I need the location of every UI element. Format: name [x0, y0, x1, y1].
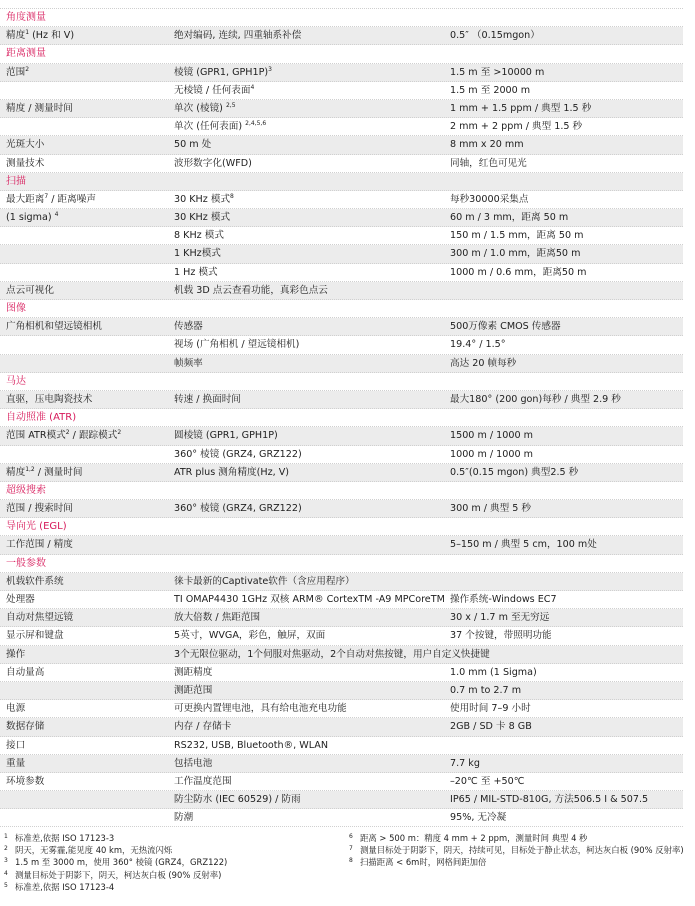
spec-label: 广角相机和望远镜相机	[0, 318, 170, 335]
footnote-text: 测量目标处于阴影下，阴天，持续可见，目标处于静止状态，柯达灰白板 (90% 反射…	[360, 844, 690, 856]
value-text: 操作系统-Windows EC7	[450, 594, 557, 605]
spec-value: 1.5 m 至 >10000 m	[446, 64, 683, 81]
value-text: 1500 m / 1000 m	[450, 430, 533, 441]
section-header-row: 一般参数	[0, 555, 683, 573]
spec-label: 精度1,2 / 测量时间	[0, 464, 170, 481]
value-text: 150 m / 1.5 mm，距离 50 m	[450, 230, 583, 241]
item-text: 30 KHz 模式	[174, 212, 230, 223]
spec-label: 直驱，压电陶瓷技术	[0, 391, 170, 408]
spec-label	[0, 227, 170, 244]
section-header-row: 马达	[0, 373, 683, 391]
item-text: 转速 / 换面时间	[174, 394, 241, 405]
spec-label: 机载软件系统	[0, 573, 170, 590]
spec-row: 接口RS232, USB, Bluetooth®, WLAN	[0, 737, 683, 755]
label-text: 环境参数	[6, 776, 44, 787]
label-text: 接口	[6, 740, 25, 751]
spec-item: 1 Hz 模式	[170, 264, 446, 281]
spec-label: 电源	[0, 700, 170, 717]
footnote-text: 距离 > 500 m：精度 4 mm + 2 ppm，测量时间 典型 4 秒	[360, 832, 690, 844]
label-text: 重量	[6, 758, 25, 769]
spec-row: 测距范围0.7 m to 2.7 m	[0, 682, 683, 700]
spec-item: 徕卡最新的Captivate软件（含应用程序）	[170, 573, 446, 590]
spec-item: 圆棱镜 (GPR1, GPH1P)	[170, 427, 446, 444]
spec-value: 37 个按键，带照明功能	[446, 627, 683, 644]
spec-row: 工作范围 / 精度5–150 m / 典型 5 cm，100 m处	[0, 536, 683, 554]
spec-row: 360° 棱镜 (GRZ4, GRZ122)1000 m / 1000 m	[0, 446, 683, 464]
spec-row: 测量技术波形数字化(WFD)同轴，红色可见光	[0, 155, 683, 173]
item-text: 测距范围	[174, 685, 212, 696]
value-text: 1 mm + 1.5 ppm / 典型 1.5 秒	[450, 103, 591, 114]
label-text: / 距离噪声	[48, 194, 96, 205]
section-title: 导向光 (EGL)	[0, 518, 170, 535]
spec-row: 1 Hz 模式1000 m / 0.6 mm，距离50 m	[0, 264, 683, 282]
footnote-ref: 4	[251, 84, 255, 91]
item-text: 波形数字化(WFD)	[174, 158, 252, 169]
section-title: 距离测量	[0, 45, 170, 62]
spec-row: 防潮95%, 无冷凝	[0, 809, 683, 827]
label-text: 最大距离	[6, 194, 44, 205]
spec-row: 数据存储内存 / 存储卡2GB / SD 卡 8 GB	[0, 718, 683, 736]
spec-row: 视场 (广角相机 / 望远镜相机)19.4° / 1.5°	[0, 336, 683, 354]
footnote: 4测量目标处于阴影下，阴天，柯达灰白板 (90% 反射率)	[4, 869, 345, 881]
spec-row: 单次 (任何表面) 2,4,5,62 mm + 2 ppm / 典型 1.5 秒	[0, 118, 683, 136]
spec-item: 转速 / 换面时间	[170, 391, 446, 408]
spec-value: 2GB / SD 卡 8 GB	[446, 718, 683, 735]
spec-label: 精度1 (Hz 和 V)	[0, 27, 170, 44]
spec-value: 0.5″ （0.15mgon）	[446, 27, 683, 44]
item-text: 防尘防水 (IEC 60529) / 防雨	[174, 794, 301, 805]
value-text: 7.7 kg	[450, 758, 480, 769]
section-title: 自动照准 (ATR)	[0, 409, 170, 426]
item-text: 绝对编码, 连续, 四重轴系补偿	[174, 30, 301, 41]
label-text: 操作	[6, 649, 25, 660]
spec-value: 19.4° / 1.5°	[446, 336, 683, 353]
spec-item: 机载 3D 点云查看功能，真彩色点云	[170, 282, 446, 299]
footnote-ref: 3	[268, 66, 272, 73]
spec-row: 环境参数工作温度范围–20℃ 至 +50℃	[0, 773, 683, 791]
spec-value: 1000 m / 0.6 mm，距离50 m	[446, 264, 683, 281]
spec-row: 无棱镜 / 任何表面41.5 m 至 2000 m	[0, 82, 683, 100]
spec-row: 机载软件系统徕卡最新的Captivate软件（含应用程序）	[0, 573, 683, 591]
spec-value: 500万像素 CMOS 传感器	[446, 318, 683, 335]
label-text: 超级搜索	[6, 485, 46, 496]
value-text: 最大180° (200 gon)每秒 / 典型 2.9 秒	[450, 394, 621, 405]
spec-row: (1 sigma) 430 KHz 模式60 m / 3 mm，距离 50 m	[0, 209, 683, 227]
item-text: 360° 棱镜 (GRZ4, GRZ122)	[174, 503, 302, 514]
spec-row: 8 KHz 模式150 m / 1.5 mm，距离 50 m	[0, 227, 683, 245]
spec-value: 高达 20 帧每秒	[446, 355, 683, 372]
spec-label: 自动对焦望远镜	[0, 609, 170, 626]
spec-label: 测量技术	[0, 155, 170, 172]
footnote-ref: 2,5	[226, 102, 236, 109]
value-text: 95%, 无冷凝	[450, 812, 506, 823]
footnote-number: 5	[4, 881, 15, 893]
spec-value: 8 mm x 20 mm	[446, 136, 683, 153]
spec-row: 最大距离7 / 距离噪声30 KHz 模式8每秒30000采集点	[0, 191, 683, 209]
item-text: 1 Hz 模式	[174, 267, 218, 278]
item-text: 测距精度	[174, 667, 212, 678]
spec-value: 使用时间 7–9 小时	[446, 700, 683, 717]
footnote: 7测量目标处于阴影下，阴天，持续可见，目标处于静止状态，柯达灰白板 (90% 反…	[349, 844, 690, 856]
footnote-text: 1.5 m 至 3000 m，使用 360° 棱镜 (GRZ4，GRZ122)	[15, 856, 345, 868]
spec-value: 60 m / 3 mm，距离 50 m	[446, 209, 683, 226]
spec-row: 广角相机和望远镜相机传感器500万像素 CMOS 传感器	[0, 318, 683, 336]
spec-value	[446, 737, 683, 754]
spec-item: 1 KHz模式	[170, 245, 446, 262]
value-text: 高达 20 帧每秒	[450, 358, 516, 369]
value-text: 2GB / SD 卡 8 GB	[450, 721, 532, 732]
spec-item	[170, 536, 446, 553]
spec-item: 视场 (广角相机 / 望远镜相机)	[170, 336, 446, 353]
footnote-number: 1	[4, 832, 15, 844]
section-header-row: 距离测量	[0, 45, 683, 63]
spec-value: 150 m / 1.5 mm，距离 50 m	[446, 227, 683, 244]
label-text: 自动照准 (ATR)	[6, 412, 76, 423]
footnote-text: 测量目标处于阴影下，阴天，柯达灰白板 (90% 反射率)	[15, 869, 345, 881]
section-title: 扫描	[0, 173, 170, 190]
footnote-text: 阴天，无雾霾,能见度 40 km，无热流闪烁	[15, 844, 345, 856]
footnote-number: 7	[349, 844, 360, 856]
label-text: 一般参数	[6, 558, 46, 569]
item-text: 圆棱镜 (GPR1, GPH1P)	[174, 430, 278, 441]
footnote: 2阴天，无雾霾,能见度 40 km，无热流闪烁	[4, 844, 345, 856]
spec-item: 360° 棱镜 (GRZ4, GRZ122)	[170, 446, 446, 463]
spec-row: 点云可视化机载 3D 点云查看功能，真彩色点云	[0, 282, 683, 300]
spec-value: 每秒30000采集点	[446, 191, 683, 208]
label-text: 数据存储	[6, 721, 44, 732]
spec-item: 30 KHz 模式	[170, 209, 446, 226]
spec-label: 显示屏和键盘	[0, 627, 170, 644]
spec-row: 帧频率高达 20 帧每秒	[0, 355, 683, 373]
item-text: 单次 (棱镜)	[174, 103, 226, 114]
footnote-number: 4	[4, 869, 15, 881]
label-text: 自动量高	[6, 667, 44, 678]
spec-label: 接口	[0, 737, 170, 754]
label-text: 电源	[6, 703, 25, 714]
section-header-row: 超级搜索	[0, 482, 683, 500]
spec-label: 自动量高	[0, 664, 170, 681]
item-text: 360° 棱镜 (GRZ4, GRZ122)	[174, 449, 302, 460]
spec-label: 点云可视化	[0, 282, 170, 299]
spec-row: 直驱，压电陶瓷技术转速 / 换面时间最大180° (200 gon)每秒 / 典…	[0, 391, 683, 409]
label-text: (1 sigma)	[6, 212, 55, 223]
footnotes-right: 6距离 > 500 m：精度 4 mm + 2 ppm，测量时间 典型 4 秒7…	[345, 832, 690, 893]
value-text: 使用时间 7–9 小时	[450, 703, 531, 714]
item-text: RS232, USB, Bluetooth®, WLAN	[174, 740, 328, 751]
section-title: 角度测量	[0, 9, 170, 26]
footnote-text: 扫描距离 < 6m时，网格间距加倍	[360, 856, 690, 868]
spec-label: 工作范围 / 精度	[0, 536, 170, 553]
item-text: 传感器	[174, 321, 203, 332]
spec-item: 传感器	[170, 318, 446, 335]
label-text: (Hz 和 V)	[29, 30, 74, 41]
footnote-text: 标准差,依据 ISO 17123-3	[15, 832, 345, 844]
item-text: 视场 (广角相机 / 望远镜相机)	[174, 339, 299, 350]
footnote-ref: 2	[117, 429, 121, 436]
section-header-row: 扫描	[0, 173, 683, 191]
value-text: 1000 m / 0.6 mm，距离50 m	[450, 267, 587, 278]
value-text: 同轴，红色可见光	[450, 158, 527, 169]
footnote-number: 8	[349, 856, 360, 868]
label-text: 自动对焦望远镜	[6, 612, 73, 623]
spec-item: 360° 棱镜 (GRZ4, GRZ122)	[170, 500, 446, 517]
spec-item: 8 KHz 模式	[170, 227, 446, 244]
item-text: 无棱镜 / 任何表面	[174, 85, 251, 96]
spec-value: 1000 m / 1000 m	[446, 446, 683, 463]
label-text: 精度 / 测量时间	[6, 103, 73, 114]
value-text: 8 mm x 20 mm	[450, 139, 524, 150]
spec-row: 范围 ATR模式2 / 跟踪模式2圆棱镜 (GPR1, GPH1P)1500 m…	[0, 427, 683, 445]
spec-value: 最大180° (200 gon)每秒 / 典型 2.9 秒	[446, 391, 683, 408]
spec-label	[0, 264, 170, 281]
label-text: / 跟踪模式	[70, 430, 118, 441]
spec-label	[0, 809, 170, 826]
value-text: 37 个按键，带照明功能	[450, 630, 552, 641]
spec-row: 显示屏和键盘5英寸，WVGA，彩色，触屏，双面37 个按键，带照明功能	[0, 627, 683, 645]
spec-item: 包括电池	[170, 755, 446, 772]
footnote-number: 6	[349, 832, 360, 844]
value-text: 3个无限位驱动，1个伺服对焦驱动，2个自动对焦按键，用户自定义快捷键	[174, 649, 490, 660]
item-text: 单次 (任何表面)	[174, 121, 245, 132]
spec-label	[0, 245, 170, 262]
label-text: 广角相机和望远镜相机	[6, 321, 102, 332]
spec-label: 范围 ATR模式2 / 跟踪模式2	[0, 427, 170, 444]
item-text: 棱镜 (GPR1, GPH1P)	[174, 67, 268, 78]
label-text: 距离测量	[6, 48, 46, 59]
value-text: IP65 / MIL-STD-810G, 方法506.5 I & 507.5	[450, 794, 648, 805]
spec-item: 测距范围	[170, 682, 446, 699]
value-text: 0.5″ （0.15mgon）	[450, 30, 540, 41]
spec-item: 绝对编码, 连续, 四重轴系补偿	[170, 27, 446, 44]
label-text: 精度	[6, 467, 25, 478]
item-text: 徕卡最新的Captivate软件（含应用程序）	[174, 576, 355, 587]
footnote-ref: 4	[55, 211, 59, 218]
spec-value: 300 m / 典型 5 秒	[446, 500, 683, 517]
label-text: 处理器	[6, 594, 35, 605]
value-text: 1.5 m 至 >10000 m	[450, 67, 544, 78]
section-header-row: 自动照准 (ATR)	[0, 409, 683, 427]
footnote-text: 标准差,依据 ISO 17123-4	[15, 881, 345, 893]
spec-item: 防潮	[170, 809, 446, 826]
spec-label: 范围 / 搜索时间	[0, 500, 170, 517]
spec-value: 1500 m / 1000 m	[446, 427, 683, 444]
item-text: 包括电池	[174, 758, 212, 769]
spec-label	[0, 682, 170, 699]
spec-row: 精度1,2 / 测量时间ATR plus 测角精度(Hz, V)0.5″(0.1…	[0, 464, 683, 482]
spec-item: 测距精度	[170, 664, 446, 681]
spec-value	[446, 573, 683, 590]
footnote-ref: 2,4,5,6	[245, 120, 266, 127]
value-text: 300 m / 典型 5 秒	[450, 503, 531, 514]
item-text: 工作温度范围	[174, 776, 232, 787]
spec-item: 放大倍数 / 焦距范围	[170, 609, 446, 626]
footnote: 1标准差,依据 ISO 17123-3	[4, 832, 345, 844]
value-text: 30 x / 1.7 m 至无穷远	[450, 612, 549, 623]
spec-item: 内存 / 存储卡	[170, 718, 446, 735]
spec-table: 角度测量精度1 (Hz 和 V)绝对编码, 连续, 四重轴系补偿0.5″ （0.…	[0, 8, 683, 827]
spec-row: 防尘防水 (IEC 60529) / 防雨IP65 / MIL-STD-810G…	[0, 791, 683, 809]
spec-label	[0, 446, 170, 463]
spec-value: –20℃ 至 +50℃	[446, 773, 683, 790]
spec-row: 范围 / 搜索时间360° 棱镜 (GRZ4, GRZ122)300 m / 典…	[0, 500, 683, 518]
section-title: 图像	[0, 300, 170, 317]
item-text: 帧频率	[174, 358, 203, 369]
footnote: 31.5 m 至 3000 m，使用 360° 棱镜 (GRZ4，GRZ122)	[4, 856, 345, 868]
spec-item: 工作温度范围	[170, 773, 446, 790]
spec-item: 帧频率	[170, 355, 446, 372]
section-header-row: 导向光 (EGL)	[0, 518, 683, 536]
item-text: 50 m 处	[174, 139, 211, 150]
spec-item: 无棱镜 / 任何表面4	[170, 82, 446, 99]
value-text: 1.0 mm (1 Sigma)	[450, 667, 537, 678]
value-text: 0.5″(0.15 mgon) 典型2.5 秒	[450, 467, 578, 478]
item-text: 5英寸，WVGA，彩色，触屏，双面	[174, 630, 325, 641]
footnotes: 1标准差,依据 ISO 17123-32阴天，无雾霾,能见度 40 km，无热流…	[0, 832, 695, 893]
label-text: 机载软件系统	[6, 576, 64, 587]
spec-value: 95%, 无冷凝	[446, 809, 683, 826]
value-text: 0.7 m to 2.7 m	[450, 685, 521, 696]
spec-row: 重量包括电池7.7 kg	[0, 755, 683, 773]
spec-row: 自动量高测距精度1.0 mm (1 Sigma)	[0, 664, 683, 682]
section-title: 一般参数	[0, 555, 170, 572]
spec-label: (1 sigma) 4	[0, 209, 170, 226]
spec-item: 单次 (任何表面) 2,4,5,6	[170, 118, 446, 135]
spec-value: 3个无限位驱动，1个伺服对焦驱动，2个自动对焦按键，用户自定义快捷键	[170, 646, 683, 663]
footnote: 8扫描距离 < 6m时，网格间距加倍	[349, 856, 690, 868]
label-text: / 测量时间	[35, 467, 83, 478]
spec-item: 单次 (棱镜) 2,5	[170, 100, 446, 117]
spec-item: 50 m 处	[170, 136, 446, 153]
footnote-ref: 1,2	[25, 466, 35, 473]
spec-value: 300 m / 1.0 mm，距离50 m	[446, 245, 683, 262]
value-text: –20℃ 至 +50℃	[450, 776, 525, 787]
item-text: 防潮	[174, 812, 193, 823]
spec-label: 重量	[0, 755, 170, 772]
spec-row: 精度 / 测量时间单次 (棱镜) 2,51 mm + 1.5 ppm / 典型 …	[0, 100, 683, 118]
footnote: 6距离 > 500 m：精度 4 mm + 2 ppm，测量时间 典型 4 秒	[349, 832, 690, 844]
footnote-number: 2	[4, 844, 15, 856]
label-text: 显示屏和键盘	[6, 630, 64, 641]
value-text: 60 m / 3 mm，距离 50 m	[450, 212, 568, 223]
spec-label	[0, 336, 170, 353]
spec-row: 光斑大小50 m 处8 mm x 20 mm	[0, 136, 683, 154]
spec-value: 1.5 m 至 2000 m	[446, 82, 683, 99]
spec-row: 自动对焦望远镜放大倍数 / 焦距范围30 x / 1.7 m 至无穷远	[0, 609, 683, 627]
footnote-ref: 8	[230, 193, 234, 200]
spec-row: 范围2棱镜 (GPR1, GPH1P)31.5 m 至 >10000 m	[0, 64, 683, 82]
spec-item: TI OMAP4430 1GHz 双核 ARM® CortexTM -A9 MP…	[170, 591, 446, 608]
spec-label	[0, 82, 170, 99]
spec-item: 5英寸，WVGA，彩色，触屏，双面	[170, 627, 446, 644]
spec-value: 0.7 m to 2.7 m	[446, 682, 683, 699]
item-text: 放大倍数 / 焦距范围	[174, 612, 260, 623]
spec-label	[0, 355, 170, 372]
spec-value: 30 x / 1.7 m 至无穷远	[446, 609, 683, 626]
value-text: 1.5 m 至 2000 m	[450, 85, 530, 96]
item-text: 1 KHz模式	[174, 248, 221, 259]
value-text: 5–150 m / 典型 5 cm，100 m处	[450, 539, 597, 550]
spec-value: 0.5″(0.15 mgon) 典型2.5 秒	[446, 464, 683, 481]
value-text: 每秒30000采集点	[450, 194, 529, 205]
value-text: 500万像素 CMOS 传感器	[450, 321, 561, 332]
label-text: 测量技术	[6, 158, 44, 169]
spec-item: RS232, USB, Bluetooth®, WLAN	[170, 737, 446, 754]
label-text: 马达	[6, 376, 26, 387]
footnote-ref: 2	[25, 66, 29, 73]
spec-item: 波形数字化(WFD)	[170, 155, 446, 172]
spec-value: IP65 / MIL-STD-810G, 方法506.5 I & 507.5	[446, 791, 683, 808]
item-text: ATR plus 测角精度(Hz, V)	[174, 467, 289, 478]
spec-value: 同轴，红色可见光	[446, 155, 683, 172]
spec-item: 棱镜 (GPR1, GPH1P)3	[170, 64, 446, 81]
spec-value: 1.0 mm (1 Sigma)	[446, 664, 683, 681]
spec-row: 操作3个无限位驱动，1个伺服对焦驱动，2个自动对焦按键，用户自定义快捷键	[0, 646, 683, 664]
item-text: 8 KHz 模式	[174, 230, 224, 241]
section-header-row: 角度测量	[0, 9, 683, 27]
spec-label: 精度 / 测量时间	[0, 100, 170, 117]
label-text: 图像	[6, 303, 26, 314]
spec-row: 处理器TI OMAP4430 1GHz 双核 ARM® CortexTM -A9…	[0, 591, 683, 609]
value-text: 300 m / 1.0 mm，距离50 m	[450, 248, 580, 259]
spec-label: 操作	[0, 646, 170, 663]
value-text: 19.4° / 1.5°	[450, 339, 506, 350]
label-text: 直驱，压电陶瓷技术	[6, 394, 92, 405]
spec-label	[0, 118, 170, 135]
spec-item: 防尘防水 (IEC 60529) / 防雨	[170, 791, 446, 808]
spec-label: 范围2	[0, 64, 170, 81]
label-text: 范围 ATR模式	[6, 430, 66, 441]
label-text: 范围	[6, 67, 25, 78]
label-text: 导向光 (EGL)	[6, 521, 67, 532]
spec-item: 可更换内置锂电池，具有给电池充电功能	[170, 700, 446, 717]
footnote: 5标准差,依据 ISO 17123-4	[4, 881, 345, 893]
item-text: 30 KHz 模式	[174, 194, 230, 205]
label-text: 扫描	[6, 176, 26, 187]
value-text: 2 mm + 2 ppm / 典型 1.5 秒	[450, 121, 582, 132]
spec-value: 1 mm + 1.5 ppm / 典型 1.5 秒	[446, 100, 683, 117]
label-text: 角度测量	[6, 12, 46, 23]
item-text: TI OMAP4430 1GHz 双核 ARM® CortexTM -A9 MP…	[174, 594, 445, 605]
spec-value: 7.7 kg	[446, 755, 683, 772]
spec-value: 2 mm + 2 ppm / 典型 1.5 秒	[446, 118, 683, 135]
label-text: 光斑大小	[6, 139, 44, 150]
spec-value	[446, 282, 683, 299]
spec-value: 操作系统-Windows EC7	[446, 591, 683, 608]
spec-label: 数据存储	[0, 718, 170, 735]
spec-row: 1 KHz模式300 m / 1.0 mm，距离50 m	[0, 245, 683, 263]
section-title: 超级搜索	[0, 482, 170, 499]
section-title: 马达	[0, 373, 170, 390]
spec-value: 5–150 m / 典型 5 cm，100 m处	[446, 536, 683, 553]
spec-label: 环境参数	[0, 773, 170, 790]
spec-row: 电源可更换内置锂电池，具有给电池充电功能使用时间 7–9 小时	[0, 700, 683, 718]
spec-label: 最大距离7 / 距离噪声	[0, 191, 170, 208]
label-text: 点云可视化	[6, 285, 54, 296]
item-text: 机载 3D 点云查看功能，真彩色点云	[174, 285, 328, 296]
value-text: 1000 m / 1000 m	[450, 449, 533, 460]
spec-label	[0, 791, 170, 808]
footnote-number: 3	[4, 856, 15, 868]
spec-item: 30 KHz 模式8	[170, 191, 446, 208]
label-text: 精度	[6, 30, 25, 41]
spec-row: 精度1 (Hz 和 V)绝对编码, 连续, 四重轴系补偿0.5″ （0.15mg…	[0, 27, 683, 45]
section-header-row: 图像	[0, 300, 683, 318]
label-text: 工作范围 / 精度	[6, 539, 73, 550]
label-text: 范围 / 搜索时间	[6, 503, 73, 514]
spec-item: ATR plus 测角精度(Hz, V)	[170, 464, 446, 481]
spec-label: 处理器	[0, 591, 170, 608]
item-text: 可更换内置锂电池，具有给电池充电功能	[174, 703, 347, 714]
